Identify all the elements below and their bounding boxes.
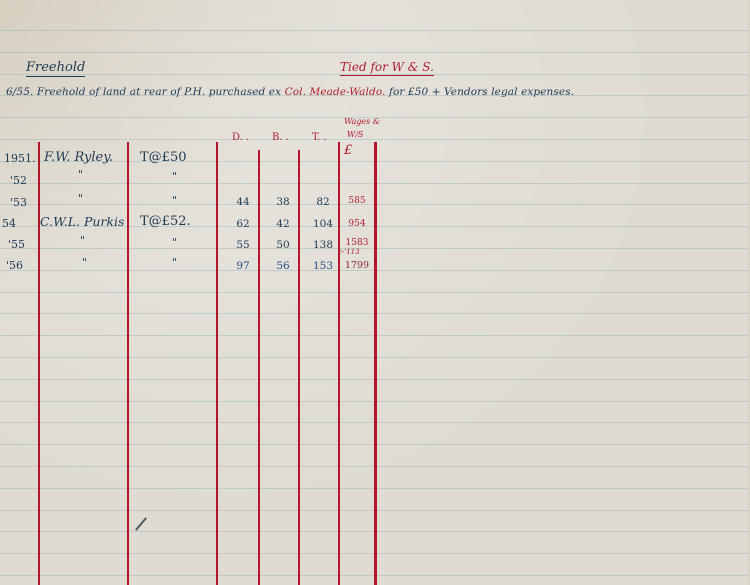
description-text-1: Freehold of land at rear of P.H. purchas…	[37, 86, 281, 98]
row-d-value: 44	[228, 196, 258, 208]
row-terms: T@£50	[140, 150, 186, 165]
pencil-mark	[135, 517, 147, 531]
vendor-name: Col. Meade-Waldo.	[285, 86, 386, 98]
row-t-value: 82	[308, 196, 338, 208]
ruled-line	[0, 30, 748, 31]
column-divider-terms	[216, 142, 218, 585]
row-wages-note: c-'113	[338, 248, 360, 256]
column-header-wages: Wages &	[344, 117, 380, 126]
reference-number: 6/55.	[6, 86, 33, 98]
row-year: '55	[8, 238, 25, 251]
page-heading: Freehold	[26, 60, 85, 77]
column-divider-wages	[374, 142, 377, 585]
row-terms: T@£52.	[140, 214, 191, 229]
row-t-value: 153	[308, 260, 338, 272]
ruled-line	[0, 52, 748, 53]
row-b-value: 42	[268, 218, 298, 230]
row-tenant: C.W.L. Purkis	[40, 214, 124, 229]
row-d-value: 97	[228, 260, 258, 272]
row-terms-ditto: "	[172, 194, 177, 207]
row-tenant-ditto: "	[78, 168, 83, 181]
row-b-value: 38	[268, 196, 298, 208]
row-year: '53	[10, 196, 27, 209]
row-wages-value: 1583	[342, 238, 372, 248]
column-header-t: T. .	[312, 132, 327, 143]
column-header-b: B. .	[272, 132, 289, 143]
ledger-card: Freehold Tied for W & S. 6/55. Freehold …	[0, 0, 748, 585]
column-divider-d	[258, 150, 260, 585]
column-divider-tenant	[127, 142, 129, 585]
row-d-value: 62	[228, 218, 258, 230]
ruled-line	[0, 139, 748, 140]
column-header-ws: W/S	[347, 130, 363, 139]
row-tenant-ditto: "	[80, 234, 85, 247]
row-t-value: 104	[308, 218, 338, 230]
row-tenant: F.W. Ryley.	[44, 150, 113, 165]
row-year: '56	[6, 259, 23, 272]
row-b-value: 50	[268, 239, 298, 251]
row-wages-value: 585	[342, 196, 372, 206]
column-divider-b	[298, 150, 300, 585]
row-b-value: 56	[268, 260, 298, 272]
red-annotation: Tied for W & S.	[340, 60, 434, 76]
column-divider-year	[38, 142, 40, 585]
row-year: 1951.	[4, 152, 36, 165]
row-year: 54	[2, 217, 16, 230]
description-text-2: for £50 + Vendors legal expenses.	[389, 86, 574, 98]
column-header-d: D. .	[232, 132, 249, 143]
row-year: '52	[10, 174, 27, 187]
row-terms-ditto: "	[172, 236, 177, 249]
row-tenant-ditto: "	[82, 256, 87, 269]
row-t-value: 138	[308, 239, 338, 251]
row-wages-value: 954	[342, 219, 372, 229]
column-divider-t	[338, 142, 340, 585]
row-terms-ditto: "	[172, 170, 177, 183]
row-d-value: 55	[228, 239, 258, 251]
row-wages-value: 1799	[342, 260, 372, 271]
pound-sign: £	[344, 143, 352, 158]
row-tenant-ditto: "	[78, 192, 83, 205]
row-terms-ditto: "	[172, 256, 177, 269]
description-line: 6/55. Freehold of land at rear of P.H. p…	[6, 86, 574, 98]
